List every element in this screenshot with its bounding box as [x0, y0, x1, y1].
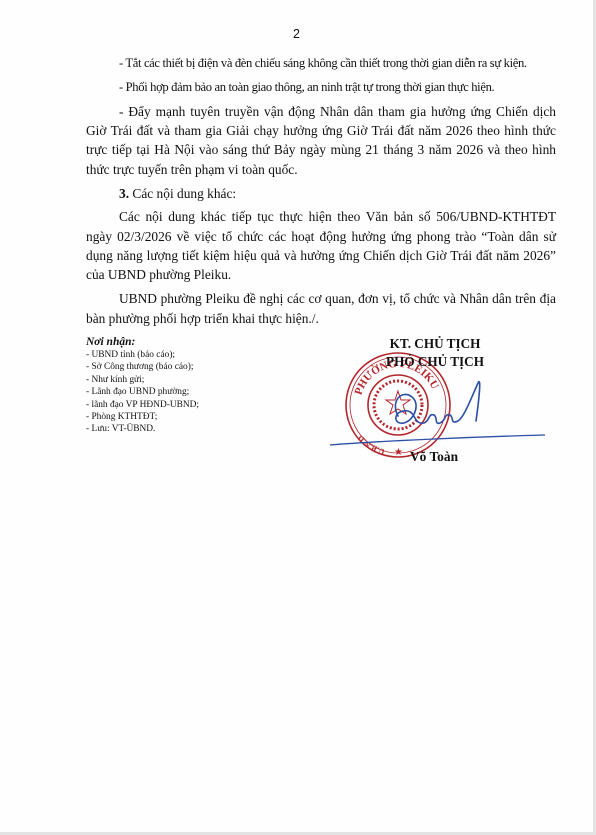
- recipient-item: - Phòng KTHTĐT;: [86, 411, 199, 423]
- recipient-item: - Sở Công thương (báo cáo);: [86, 361, 199, 373]
- bullet-paragraph: - Phối hợp đảm bảo an toàn giao thông, a…: [86, 78, 556, 97]
- recipients-title: Nơi nhận:: [86, 335, 199, 349]
- closing-paragraph: UBND phường Pleiku đề nghị các cơ quan, …: [86, 289, 556, 328]
- page-number: 2: [0, 27, 593, 41]
- section-heading: 3. Các nội dung khác:: [86, 184, 556, 203]
- recipient-item: - Lãnh đạo UBND phường;: [86, 386, 199, 398]
- document-body: - Tắt các thiết bị điện và đèn chiếu sán…: [86, 54, 556, 332]
- section-title: Các nội dung khác:: [129, 186, 236, 201]
- signer-name: Võ Toàn: [410, 449, 458, 465]
- recipient-item: - lãnh đạo VP HĐND-UBND;: [86, 399, 199, 411]
- body-paragraph: Các nội dung khác tiếp tục thực hiện the…: [86, 207, 556, 284]
- recipient-item: - Như kính gửi;: [86, 374, 199, 386]
- document-page: 2 - Tắt các thiết bị điện và đèn chiếu s…: [0, 0, 593, 832]
- bullet-paragraph: - Đẩy mạnh tuyên truyền vận động Nhân dâ…: [86, 102, 556, 179]
- signature-title-1: KT. CHỦ TỊCH: [350, 336, 520, 352]
- handwritten-signature-icon: [330, 361, 545, 461]
- section-number: 3.: [119, 186, 129, 201]
- recipients-list: Nơi nhận: - UBND tỉnh (báo cáo); - Sở Cô…: [86, 335, 199, 436]
- recipient-item: - Lưu: VT-ÜBND.: [86, 423, 199, 435]
- signature-block: PHƯỜNG PLEIKU U.B.N.D ★ KT. CHỦ TỊCH PHÓ…: [350, 331, 540, 471]
- recipient-item: - UBND tỉnh (báo cáo);: [86, 349, 199, 361]
- bullet-paragraph: - Tắt các thiết bị điện và đèn chiếu sán…: [86, 54, 556, 73]
